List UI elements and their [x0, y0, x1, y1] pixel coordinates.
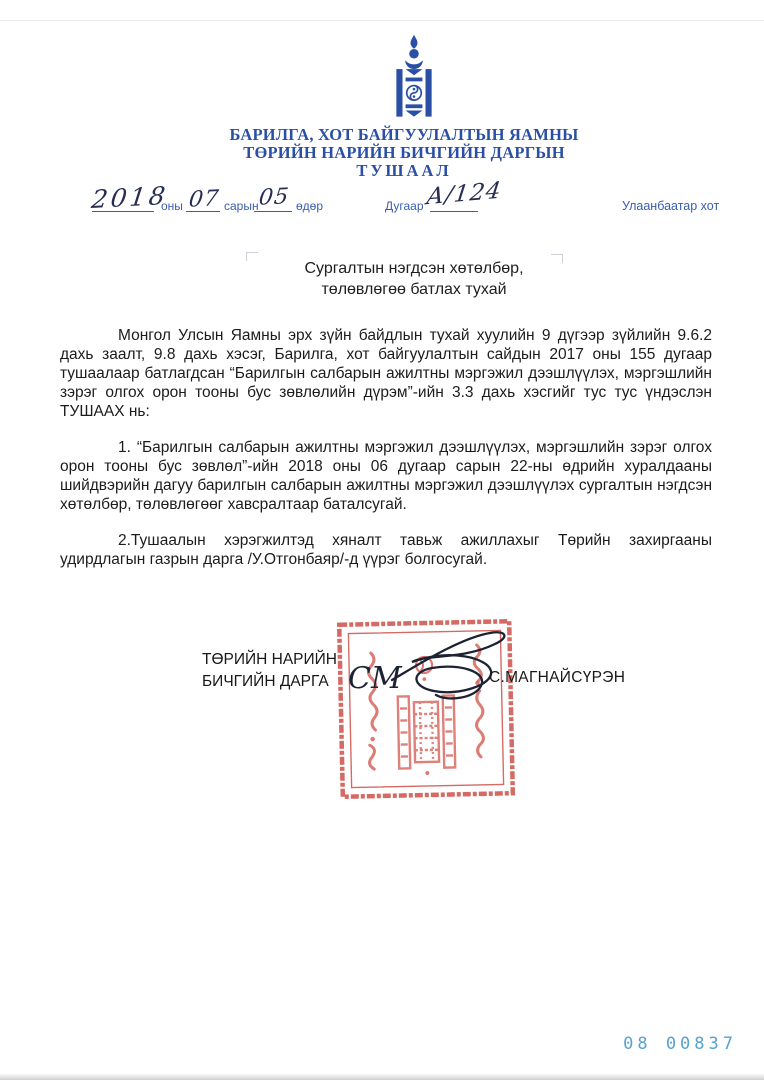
signer-position-line2: БИЧГИЙН ДАРГА — [202, 671, 337, 693]
month-blank-line — [186, 211, 220, 212]
city-label: Улаанбаатар хот — [622, 199, 719, 213]
scanned-official-decree: БАРИЛГА, ХОТ БАЙГУУЛАЛТЫН ЯАМНЫ ТӨРИЙН Н… — [0, 0, 764, 1080]
soyombo-emblem-icon — [391, 33, 437, 119]
signer-name: С.МАГНАЙСҮРЭН — [489, 669, 625, 687]
day-blank-line — [254, 211, 292, 212]
document-title: Сургалтын нэгдсэн хөтөлбөр, төлөвлөгөө б… — [304, 258, 523, 300]
year-blank-line — [92, 211, 154, 212]
crop-mark-right — [551, 254, 563, 263]
paragraph-clause-1: 1. “Барилгын салбарын ажилтны мэргэжил д… — [60, 438, 712, 514]
document-title-line1: Сургалтын нэгдсэн хөтөлбөр, — [304, 258, 523, 279]
ministry-name-line1: БАРИЛГА, ХОТ БАЙГУУЛАЛТЫН ЯАМНЫ — [229, 126, 578, 144]
handwritten-month: 07 — [187, 186, 220, 213]
document-type-label: ТУШААЛ — [229, 162, 578, 180]
document-body: Монгол Улсын Яамны эрх зүйн байдлын туха… — [60, 326, 712, 569]
date-number-row: 2018 оны 07 сарын 05 өдөр Дугаар А/124 У… — [0, 0, 764, 240]
month-label: сарын — [224, 199, 259, 213]
handwritten-day: 05 — [257, 184, 290, 211]
paragraph-preamble: Монгол Улсын Яамны эрх зүйн байдлын туха… — [60, 326, 712, 421]
scan-artifact-bottom — [0, 1073, 764, 1080]
year-label: оны — [161, 199, 183, 213]
number-blank-line — [430, 211, 478, 212]
number-label: Дугаар — [385, 199, 424, 213]
handwritten-signature: СМ — [338, 608, 543, 716]
scan-artifact-top — [0, 20, 764, 21]
crop-mark-left — [246, 252, 258, 261]
handwritten-year: 2018 — [90, 181, 170, 214]
paragraph-clause-2: 2.Тушаалын хэрэгжилтэд хяналт тавьж ажил… — [60, 531, 712, 569]
letterhead: БАРИЛГА, ХОТ БАЙГУУЛАЛТЫН ЯАМНЫ ТӨРИЙН Н… — [229, 126, 578, 180]
ministry-name-line2: ТӨРИЙН НАРИЙН БИЧГИЙН ДАРГЫН — [229, 144, 578, 162]
signer-position-line1: ТӨРИЙН НАРИЙН — [202, 649, 337, 671]
day-label: өдөр — [296, 199, 323, 213]
document-title-line2: төлөвлөгөө батлах тухай — [304, 279, 523, 300]
signer-position: ТӨРИЙН НАРИЙН БИЧГИЙН ДАРГА — [202, 649, 337, 693]
serial-number: 08 00837 — [623, 1034, 737, 1054]
handwritten-document-number: А/124 — [425, 178, 503, 210]
